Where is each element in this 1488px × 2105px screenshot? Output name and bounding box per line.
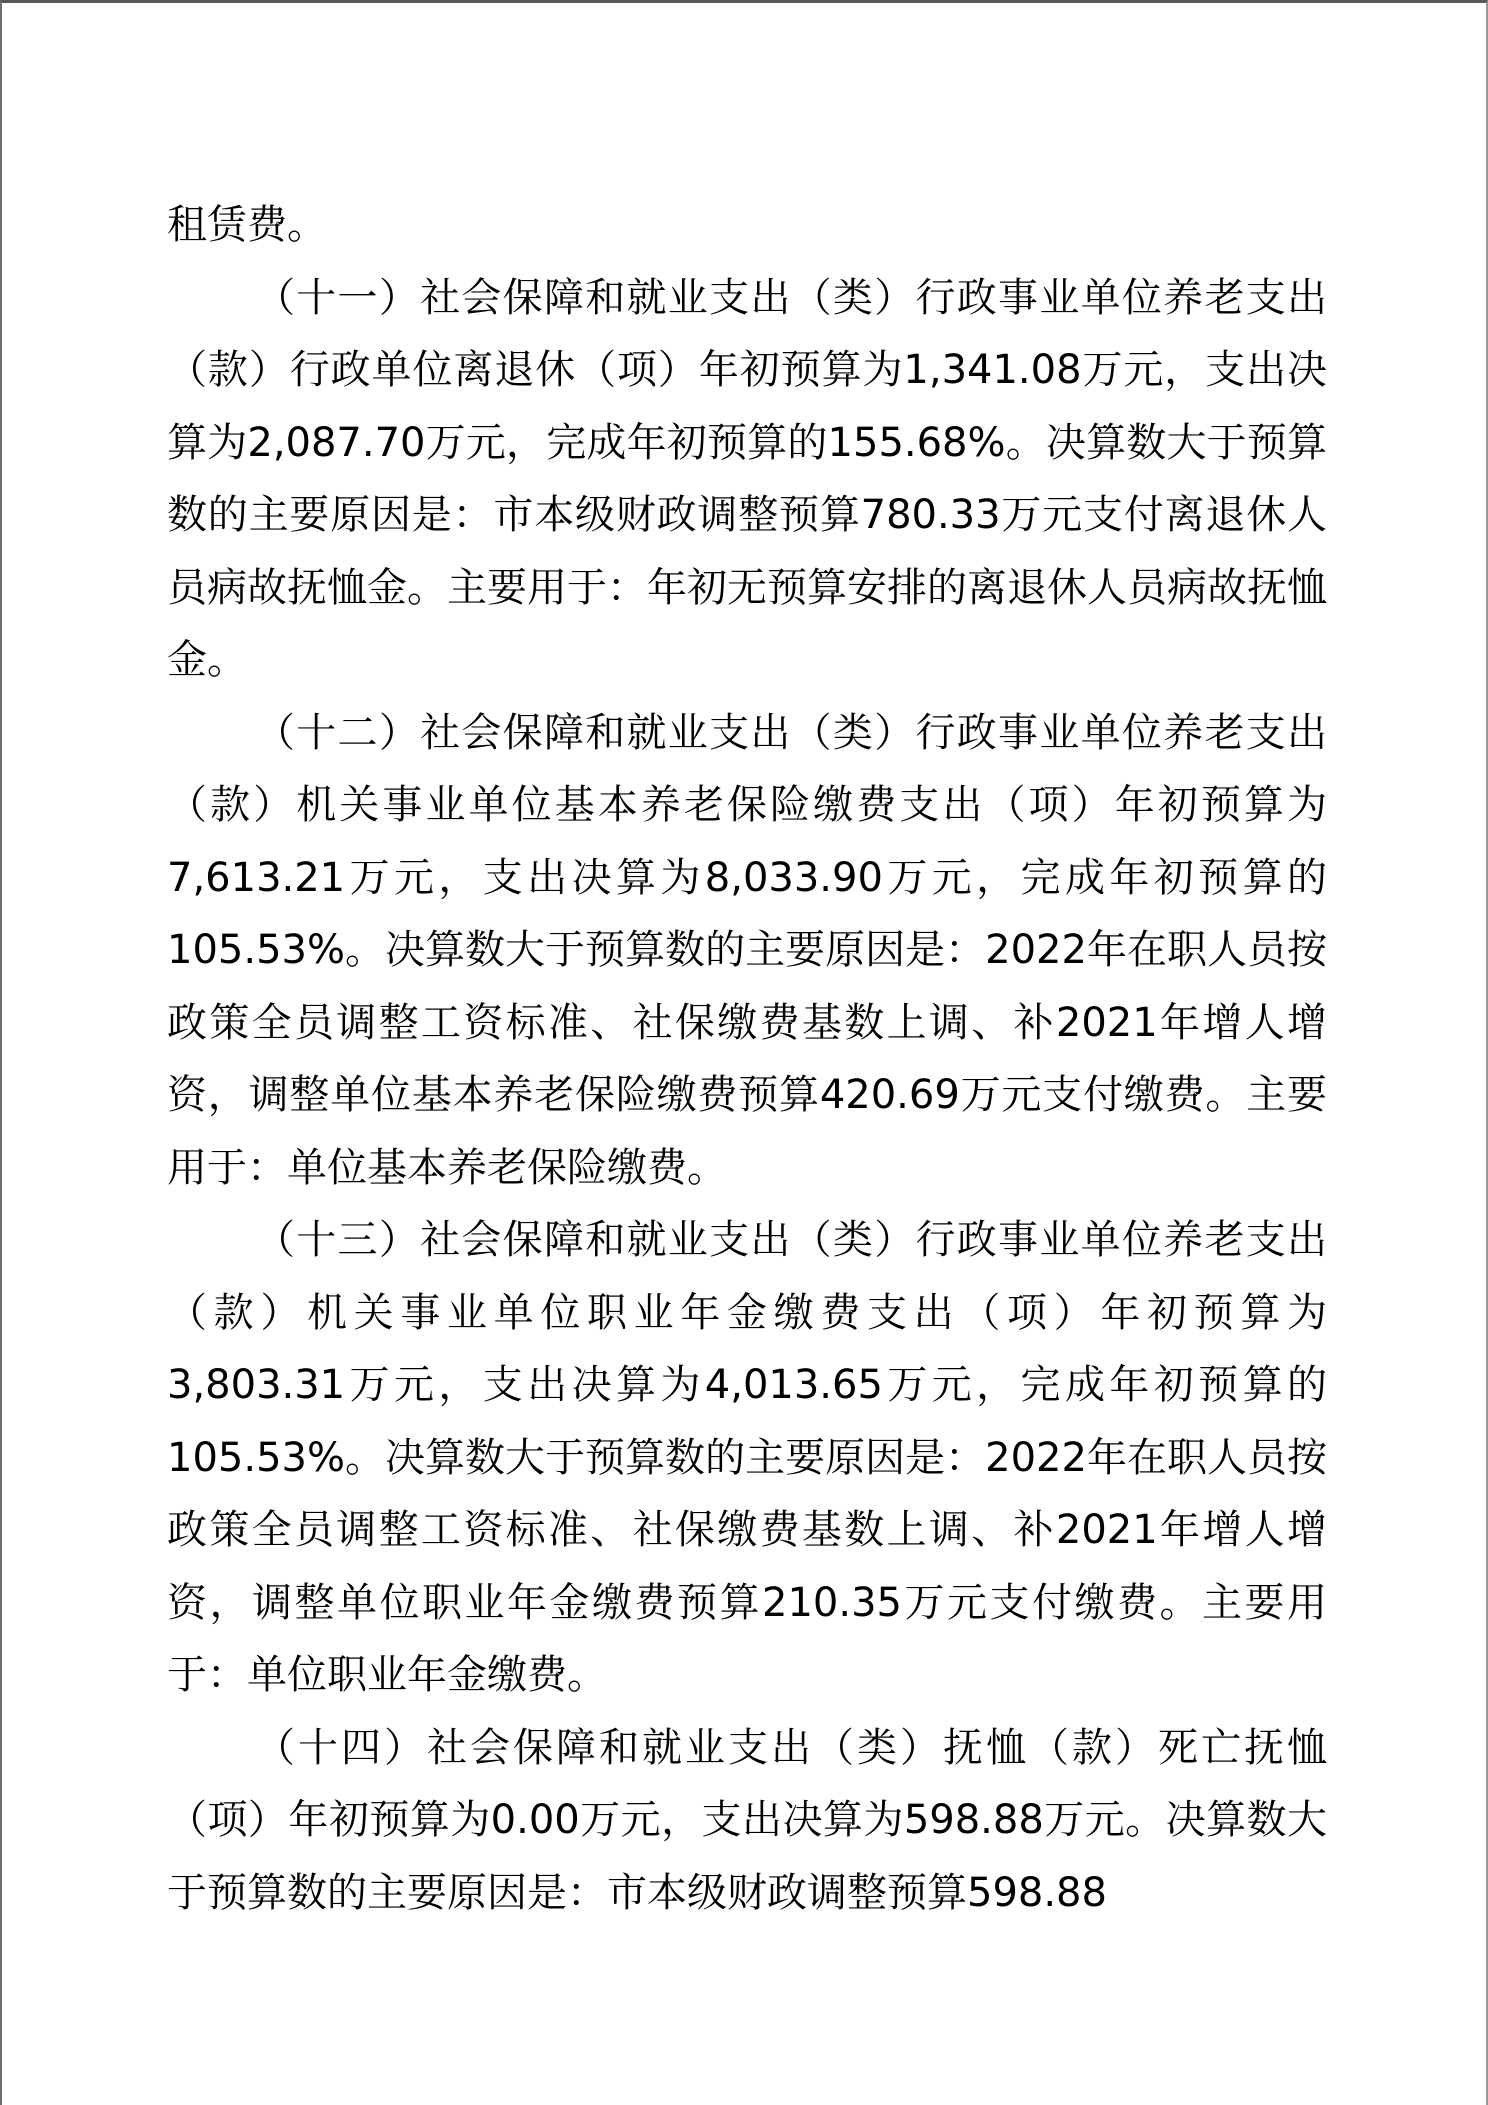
document-page: 租赁费。 （十一）社会保障和就业支出（类）行政事业单位养老支出（款）行政单位离退…: [0, 0, 1488, 2105]
paragraph-item-13: （十三）社会保障和就业支出（类）行政事业单位养老支出（款）机关事业单位职业年金缴…: [167, 1204, 1327, 1712]
paragraph-item-14: （十四）社会保障和就业支出（类）抚恤（款）死亡抚恤（项）年初预算为0.00万元，…: [167, 1712, 1327, 1930]
paragraph-continuation: 租赁费。: [167, 189, 1327, 262]
paragraph-item-11: （十一）社会保障和就业支出（类）行政事业单位养老支出（款）行政单位离退休（项）年…: [167, 262, 1327, 697]
text-block: 租赁费。 （十一）社会保障和就业支出（类）行政事业单位养老支出（款）行政单位离退…: [167, 189, 1327, 1929]
paragraph-item-12: （十二）社会保障和就业支出（类）行政事业单位养老支出（款）机关事业单位基本养老保…: [167, 697, 1327, 1205]
